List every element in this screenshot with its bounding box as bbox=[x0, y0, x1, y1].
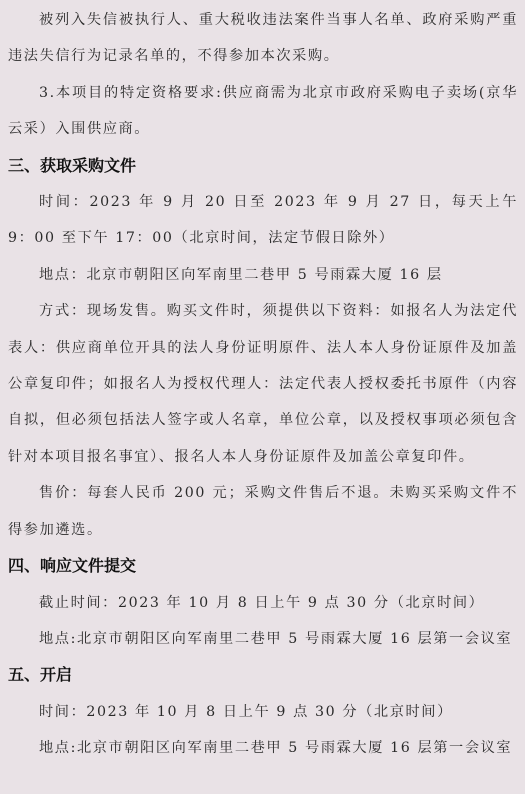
heading-submission: 四、响应文件提交 bbox=[8, 548, 518, 584]
paragraph-obtain-method: 方式：现场发售。购买文件时，须提供以下资料：如报名人为法定代表人：供应商单位开具… bbox=[8, 293, 518, 475]
paragraph-submission-deadline: 截止时间：2023 年 10 月 8 日上午 9 点 30 分（北京时间） bbox=[8, 585, 518, 621]
paragraph-opening-time: 时间：2023 年 10 月 8 日上午 9 点 30 分（北京时间） bbox=[8, 694, 518, 730]
paragraph-disqualification: 被列入失信被执行人、重大税收违法案件当事人名单、政府采购严重违法失信行为记录名单… bbox=[8, 2, 518, 75]
paragraph-specific-qualification: 3.本项目的特定资格要求:供应商需为北京市政府采购电子卖场(京华云采）入围供应商… bbox=[8, 75, 518, 148]
heading-opening: 五、开启 bbox=[8, 657, 518, 693]
heading-obtain-documents: 三、获取采购文件 bbox=[8, 148, 518, 184]
paragraph-price: 售价：每套人民币 200 元；采购文件售后不退。未购买采购文件不得参加遴选。 bbox=[8, 475, 518, 548]
paragraph-opening-location: 地点:北京市朝阳区向军南里二巷甲 5 号雨霖大厦 16 层第一会议室 bbox=[8, 730, 518, 766]
paragraph-obtain-time: 时间：2023 年 9 月 20 日至 2023 年 9 月 27 日，每天上午… bbox=[8, 184, 518, 257]
paragraph-submission-location: 地点:北京市朝阳区向军南里二巷甲 5 号雨霖大厦 16 层第一会议室 bbox=[8, 621, 518, 657]
document-body: 被列入失信被执行人、重大税收违法案件当事人名单、政府采购严重违法失信行为记录名单… bbox=[0, 0, 525, 767]
paragraph-obtain-location: 地点：北京市朝阳区向军南里二巷甲 5 号雨霖大厦 16 层 bbox=[8, 257, 518, 293]
